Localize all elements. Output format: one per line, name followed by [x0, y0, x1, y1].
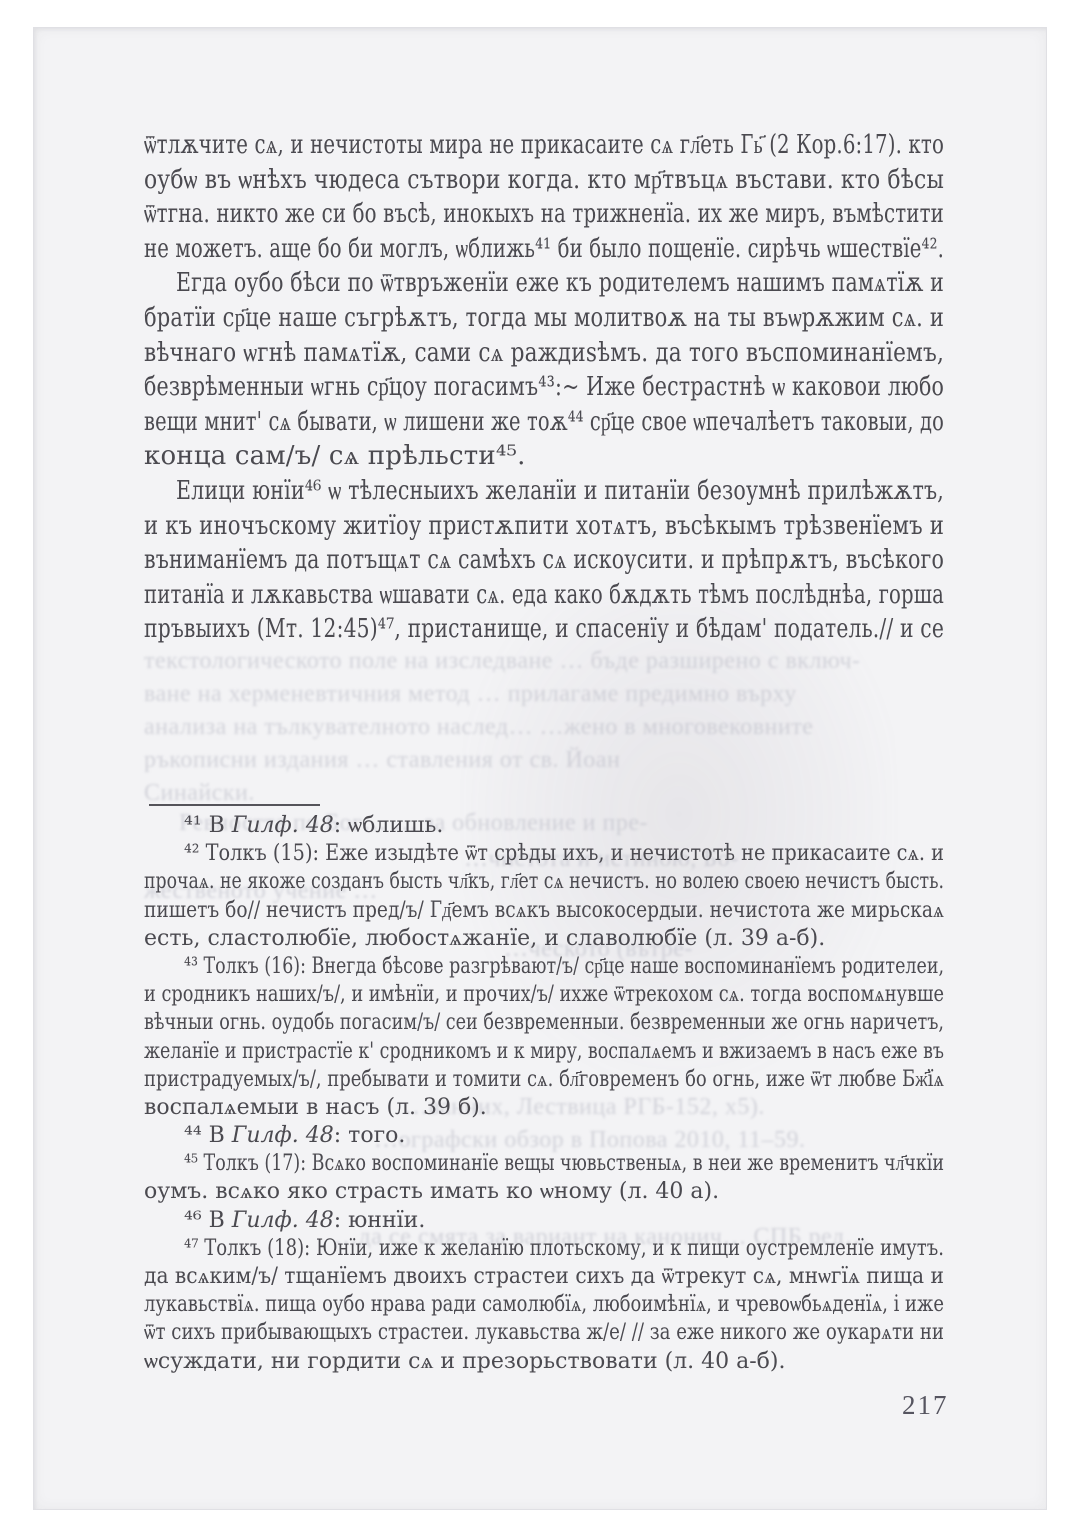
- text-line: и къ иночъскому житїоу пристѫпити хотѧтъ…: [144, 509, 944, 544]
- footnote-line: оумъ. всѧко яко страсть имать ко ѡному (…: [144, 1178, 944, 1206]
- text-line: безврѣменныи ѡгнь ср҃цоу погасимъ⁴³:~ Иж…: [144, 370, 944, 405]
- text-line: Егда оубо бѣси по ѿтвръженїи еже къ роди…: [144, 266, 944, 301]
- footnote-line: да всѧким/ъ/ тщанїемъ двоихъ страстеи си…: [144, 1263, 944, 1291]
- footnote-line: ѡсуждати, ни гордити сѧ и презорьствоват…: [144, 1348, 944, 1376]
- footnote-line: ѿт сихъ прибывающыхъ страстеи. лукавьств…: [144, 1319, 944, 1347]
- footnote-line: ⁴² Толкъ (15): Еже изыдѣте ѿт срѣды ихъ,…: [144, 840, 944, 868]
- text-line: Елици юнїи⁴⁶ ѡ тѣлесныихъ желанїи и пита…: [144, 474, 944, 509]
- footnote-line: лукавьствїѧ. пища оубо нрава ради самолю…: [144, 1291, 944, 1319]
- footnote-line: желанїе и пристрастїе к' сродникомъ и к …: [144, 1038, 944, 1066]
- paragraph: Егда оубо бѣси по ѿтвръженїи еже къ роди…: [144, 266, 944, 474]
- footnotes: ⁴¹ В Гилф. 48: ѡблишь.⁴² Толкъ (15): Еже…: [144, 812, 944, 1376]
- paragraph: ѿтлѫчите сѧ, и нечистоты мира не прикаса…: [144, 128, 944, 266]
- footnote-line: пристрадуемых/ъ/, пребывати и томити сѧ.…: [144, 1066, 944, 1094]
- footnote: ⁴³ Толкъ (16): Внегда бѣсове разгрѣвают/…: [144, 953, 944, 1122]
- page-number: 217: [902, 1390, 949, 1421]
- footnote-line: ⁴⁴ В Гилф. 48: того.: [144, 1122, 944, 1150]
- footnote-line: вѣчныи огнь. оудобь погасим/ъ/ сеи безвр…: [144, 1009, 944, 1037]
- text-line: пръвыихъ (Мт. 12:45)⁴⁷, пристанище, и сп…: [144, 612, 944, 647]
- bleedthrough-line: текстологическото поле на изследване … б…: [144, 648, 861, 675]
- footnote-line: ⁴⁶ В Гилф. 48: юннїи.: [144, 1207, 944, 1235]
- footnote-line: ⁴⁷ Толкъ (18): Юнїи, иже к желанїю плоть…: [144, 1235, 944, 1263]
- footnote: ⁴¹ В Гилф. 48: ѡблишь.: [144, 812, 944, 840]
- footnote-rule: [149, 804, 320, 806]
- footnote-line: ⁴⁵ Толкъ (17): Всѧко воспоминанїе вещы ч…: [144, 1150, 944, 1178]
- footnote-line: воспалѧемыи в насъ (л. 39 б).: [144, 1094, 944, 1122]
- footnote-line: есть, сластолюбїе, любостѧжанїе, и славо…: [144, 925, 944, 953]
- body-text: ѿтлѫчите сѧ, и нечистоты мира не прикаса…: [144, 128, 944, 647]
- text-line: въниманїемъ да потъщѧт сѧ самѣхъ сѧ иско…: [144, 543, 944, 578]
- text-line: питанїа и лѫкавьства ѡшавати сѧ. еда как…: [144, 578, 944, 613]
- text-line: конца сам/ъ/ сѧ прѣльсти⁴⁵.: [144, 439, 944, 474]
- text-line: ѿтлѫчите сѧ, и нечистоты мира не прикаса…: [144, 128, 944, 163]
- text-line: оубѡ въ ѡнѣхъ чюдеса сътвори когда. кто …: [144, 163, 944, 198]
- footnote: ⁴² Толкъ (15): Еже изыдѣте ѿт срѣды ихъ,…: [144, 840, 944, 953]
- text-line: не можетъ. аще бо би моглъ, ѡближь⁴¹ би …: [144, 232, 944, 267]
- paragraph: Елици юнїи⁴⁶ ѡ тѣлесныихъ желанїи и пита…: [144, 474, 944, 647]
- text-line: братїи ср҃це наше съгрѣѫтъ, тогда мы мол…: [144, 301, 944, 336]
- footnote: ⁴⁴ В Гилф. 48: того.: [144, 1122, 944, 1150]
- text-line: вѣчнаго ѡгнѣ памѧтїѫ, сами сѧ раждиѕѣмъ.…: [144, 336, 944, 371]
- book-page: текстологическото поле на изследване … б…: [33, 27, 1047, 1510]
- scan-background: { "page": { "number": "217" }, "colors":…: [0, 0, 1080, 1528]
- footnote-line: ⁴¹ В Гилф. 48: ѡблишь.: [144, 812, 944, 840]
- footnote: ⁴⁷ Толкъ (18): Юнїи, иже к желанїю плоть…: [144, 1235, 944, 1376]
- bleedthrough-line: Синайски.: [144, 780, 255, 807]
- footnote-line: пишетъ бо// нечистъ пред/ъ/ Гд҃емъ всѧкъ…: [144, 897, 944, 925]
- footnote-line: ⁴³ Толкъ (16): Внегда бѣсове разгрѣвают/…: [144, 953, 944, 981]
- footnote: ⁴⁶ В Гилф. 48: юннїи.: [144, 1207, 944, 1235]
- footnote-line: и сродникъ наших/ъ/, и имѣнїи, и прочих/…: [144, 981, 944, 1009]
- text-line: вещи мнит' сѧ бывати, ѡ лишени же тоѫ⁴⁴ …: [144, 405, 944, 440]
- bleedthrough-line: ръкописни издания … ставления от св. Йоа…: [144, 747, 620, 774]
- footnote-line: прочаѧ. не якоже созданъ бысть чл҃къ, гл…: [144, 868, 944, 896]
- bleedthrough-line: анализа на тълкувателното наслед… …жено …: [144, 714, 813, 741]
- text-line: ѿтгна. никто же си бо въсѣ, инокыхъ на т…: [144, 197, 944, 232]
- bleedthrough-line: ване на херменевтичния метод … прилагаме…: [144, 681, 797, 708]
- footnote: ⁴⁵ Толкъ (17): Всѧко воспоминанїе вещы ч…: [144, 1150, 944, 1206]
